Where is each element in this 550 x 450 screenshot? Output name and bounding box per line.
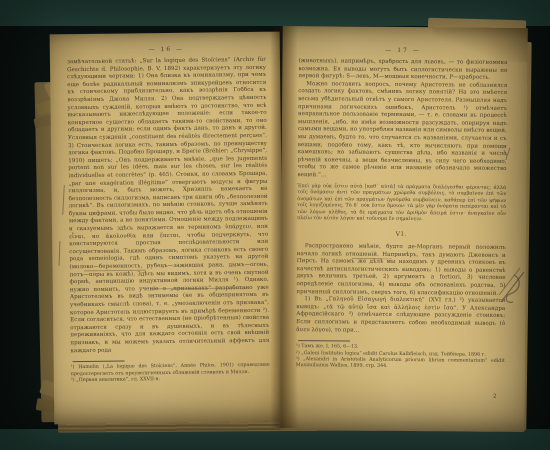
left-footnote-2: ²) „Первая аналитика“, гл. XXVII-я. [71, 376, 270, 385]
greek-quotation: Ἐπεὶ γὰρ οὐκ ἔστιν αὐτὰ [καθ᾽ αὑτὰ] τὰ π… [297, 183, 506, 224]
left-page: — 16 — замѣчательной статьѣ: „Sur la log… [50, 32, 285, 425]
gathering-signature: 2 [493, 394, 497, 400]
right-page-paragraph-1: (животныхъ), напримѣръ, храбрость для ль… [298, 58, 507, 83]
pencil-flourish-mark [498, 266, 528, 312]
right-footnote-3: ³) „Alexandri in Aristotelis Analyticoru… [296, 357, 505, 372]
pencil-check-mark [502, 146, 512, 165]
book-gutter-shadow [270, 26, 298, 428]
right-page-number: — 17 — [299, 46, 508, 55]
right-page-paragraph-2: Можно поставить вопросъ, почему Аристоте… [297, 81, 507, 182]
book-photograph: { "colors": { "background": "#0d1613", "… [0, 0, 550, 450]
left-page-number: — 16 — [67, 45, 266, 54]
right-page: — 17 — (животныхъ), напримѣръ, храбрость… [279, 26, 528, 432]
section-header-vi: VI. [297, 230, 506, 239]
right-page-paragraph-3: Распространено мнѣніе, будто де-Морганъ … [296, 243, 505, 298]
right-page-paragraph-4: 1) Въ „Γαληνοῦ Εἰσαγωγὴ διαλεκτική“ (XVI… [296, 296, 505, 336]
footnote-separator [298, 340, 350, 341]
left-footnote-1: ¹) Hamelin („La logique des Stoïciens“, … [71, 363, 270, 378]
footnote-separator [73, 361, 125, 363]
left-page-body-text: замѣчательной статьѣ: „Sur la logique de… [67, 57, 270, 356]
